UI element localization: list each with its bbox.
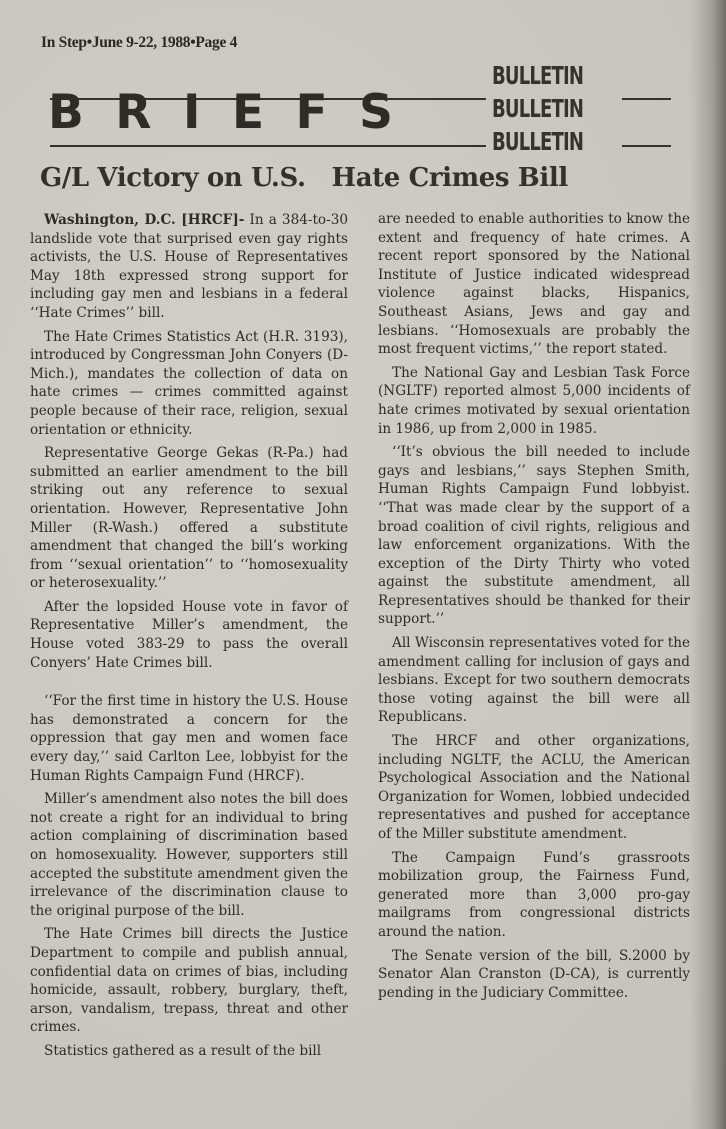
header-rule-top-right bbox=[622, 98, 671, 100]
article-paragraph: ‘‘For the first time in history the U.S.… bbox=[30, 692, 348, 785]
article-paragraph: The Hate Crimes Statistics Act (H.R. 319… bbox=[30, 328, 348, 440]
article-column-right: are needed to enable authorities to know… bbox=[378, 210, 690, 1007]
header-rule-bottom-left bbox=[50, 145, 486, 147]
article-paragraph: ‘‘It’s obvious the bill needed to includ… bbox=[378, 443, 690, 629]
article-paragraph: The HRCF and other organizations, includ… bbox=[378, 732, 690, 844]
briefs-letter: F bbox=[296, 85, 328, 140]
article-column-left: Washington, D.C. [HRCF]- In a 384-to-30 … bbox=[30, 211, 348, 1066]
briefs-letter: S bbox=[359, 85, 393, 140]
briefs-letter: R bbox=[115, 85, 151, 140]
section-title-briefs: B R I E F S bbox=[48, 85, 393, 140]
article-dateline: Washington, D.C. [HRCF]- bbox=[44, 212, 244, 228]
article-paragraph: The Hate Crimes bill directs the Justice… bbox=[30, 925, 348, 1037]
briefs-letter: B bbox=[48, 85, 84, 140]
header-rule-bottom-right bbox=[622, 145, 671, 147]
bulletin-label-1: BULLETIN bbox=[492, 62, 583, 90]
article-paragraph: The Campaign Fund’s grassroots mobilizat… bbox=[378, 849, 690, 942]
briefs-letter: E bbox=[232, 85, 264, 140]
bulletin-label-2: BULLETIN bbox=[492, 95, 583, 123]
bulletin-label-3: BULLETIN bbox=[492, 128, 583, 156]
article-paragraph: After the lopsided House vote in favor o… bbox=[30, 598, 348, 672]
article-headline: G/L Victory on U.S. Hate Crimes Bill bbox=[40, 163, 568, 193]
article-paragraph: All Wisconsin representatives voted for … bbox=[378, 634, 690, 727]
page-folio: In Step•June 9-22, 1988•Page 4 bbox=[41, 34, 237, 52]
briefs-letter: I bbox=[183, 85, 201, 140]
article-paragraph: are needed to enable authorities to know… bbox=[378, 210, 690, 359]
article-paragraph: Statistics gathered as a result of the b… bbox=[30, 1042, 348, 1061]
article-paragraph: Washington, D.C. [HRCF]- In a 384-to-30 … bbox=[30, 211, 348, 323]
article-paragraph: The Senate version of the bill, S.2000 b… bbox=[378, 947, 690, 1003]
article-paragraph: Representative George Gekas (R-Pa.) had … bbox=[30, 444, 348, 593]
article-paragraph: Miller’s amendment also notes the bill d… bbox=[30, 790, 348, 920]
article-paragraph: The National Gay and Lesbian Task Force … bbox=[378, 364, 690, 438]
